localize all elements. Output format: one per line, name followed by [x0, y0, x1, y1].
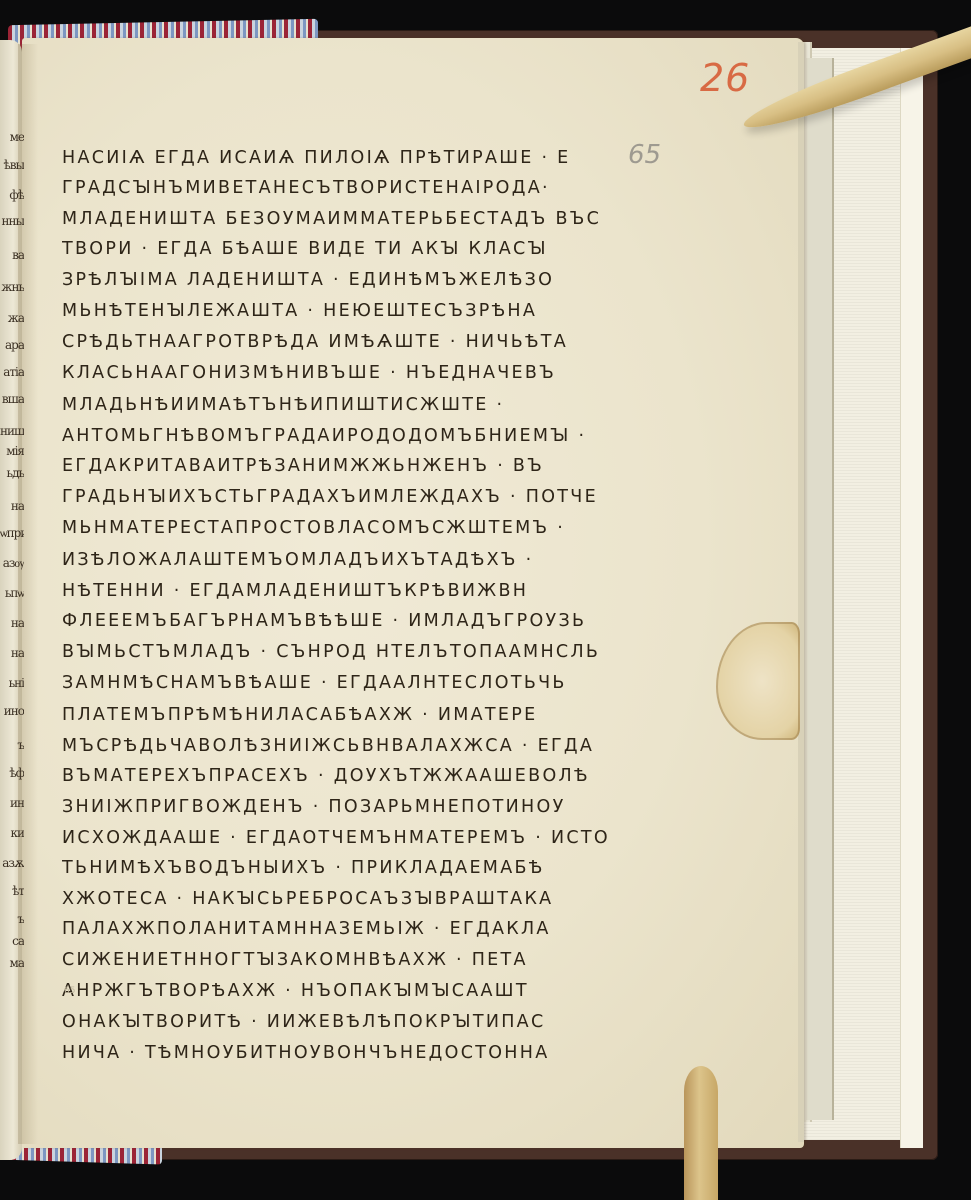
verso-fragment: нны	[0, 214, 24, 228]
text-line: въматерехъпрасехъ · доухътжжаашеволѣ	[62, 764, 622, 788]
verso-fragment: азѫ	[0, 856, 24, 870]
verso-fragment: ѣт	[0, 884, 24, 898]
verso-fragment: ма	[0, 956, 24, 970]
text-line: флееемъбагърнамъвѣѣше · имладъгроузь	[62, 609, 622, 633]
verso-fragment: ъ	[0, 912, 24, 926]
folio-number: 26	[700, 56, 750, 100]
pencil-page-number: 65	[628, 140, 661, 170]
text-line: твори · егда бѣаше виде ти акꙑ класꙑ	[62, 237, 622, 261]
verso-fragment: атіа	[0, 365, 24, 379]
verso-fragment: азѹ	[0, 556, 24, 571]
text-line: мьнматерестапростовласомъсжштемъ ·	[62, 516, 622, 540]
text-line: градсꙑнъмиветанесътвористенаірода·	[62, 176, 622, 200]
small-pencil-mark: 65	[64, 986, 75, 996]
text-line: насиіѧ егда исаиѧ пилоіѧ прѣтираше · е	[62, 146, 622, 170]
verso-fragment: жнь	[0, 280, 24, 294]
verso-fragment: ара	[0, 338, 24, 352]
text-line: замнмѣснамъвѣаше · егдаалнтеслотьчь	[62, 671, 622, 695]
verso-fragment: ниша	[0, 424, 24, 438]
verso-fragment: ин	[0, 796, 24, 810]
bamboo-pointer-bottom	[684, 1066, 718, 1200]
text-line: срѣдьтнаагротврѣда имѣѧште · ничьѣта	[62, 330, 622, 354]
verso-fragment: на	[0, 499, 24, 513]
verso-fragment: ъ	[0, 738, 24, 752]
folio-edge	[798, 42, 804, 1142]
text-line: вꙑмьстъмладъ · сънрод нтелътопаамнсль	[62, 640, 622, 664]
verso-fragment: ьпѡ	[0, 586, 24, 601]
verso-fragment: ме	[0, 130, 24, 144]
text-line: нича · тѣмноубитноувончънедостонна	[62, 1041, 622, 1065]
verso-fragment: са	[0, 934, 24, 948]
text-line: онакꙑтворитѣ · иижевѣлѣпокрꙑтипас	[62, 1010, 622, 1034]
text-line: нѣтенни · егдамладеништъкрѣвижвн	[62, 579, 622, 603]
text-line: изѣложалаштемъомладъихътадѣхъ ·	[62, 548, 622, 572]
text-line: хжотеса · накꙑсьребросаъзꙑвраштака	[62, 887, 622, 911]
text-line: градьнꙑихъстьградахъимлеждахъ · потче	[62, 485, 622, 509]
verso-fragment: ино	[0, 704, 24, 718]
verso-fragment: ьдь	[0, 466, 24, 480]
text-line: младеништа безоумаимматерьбестадъ въс	[62, 207, 622, 231]
verso-fragment: на	[0, 616, 24, 630]
text-line: зрѣлꙑіма ладеништа · единѣмъжелѣзо	[62, 268, 622, 292]
page-stack-edge	[900, 48, 923, 1148]
verso-fragment: жа	[0, 311, 24, 325]
text-line: антомьгнѣвомъградаирододомъбниемꙑ ·	[62, 424, 622, 448]
text-line: зниіжпригвожденъ · позарьмнепотиноу	[62, 795, 622, 819]
text-line: анржгътворѣахж · нъопакꙑмꙑсаашт	[62, 979, 622, 1003]
text-line: платемъпрѣмѣниласабѣахж · иматере	[62, 703, 622, 727]
text-line: сижениетнногтꙑзакомнвѣахж · пета	[62, 948, 622, 972]
text-line: младьнѣиимаѣтънѣипиштисжште ·	[62, 393, 622, 417]
text-line: класьнаагонизмѣнивъше · нъедначевъ	[62, 361, 622, 385]
leaf-edge	[806, 58, 834, 1120]
text-line: мьнѣтенꙑлежашта · неюештесъзрѣна	[62, 299, 622, 323]
verso-fragment: ва	[0, 248, 24, 262]
text-line: палахжполанитамнназемьіж · егдакла	[62, 917, 622, 941]
verso-fragment: вша	[0, 392, 24, 406]
verso-fragment: ѣвы	[0, 158, 24, 172]
text-line: мъсрѣдьчаволѣзниіжсьвнвалахжса · егда	[62, 734, 622, 758]
verso-fragment: ки	[0, 826, 24, 840]
verso-fragment: ѡпри	[0, 526, 24, 541]
text-line: исхождааше · егдаотчемънматеремъ · исто	[62, 826, 622, 850]
verso-fragment: мія	[0, 444, 24, 458]
verso-fragment: фѣ	[0, 188, 24, 202]
verso-fragment: на	[0, 646, 24, 660]
text-line: тьнимѣхъводъныихъ · прикладаемабѣ	[62, 856, 622, 880]
text-line: егдакритаваитрѣзанимжжьнженъ · въ	[62, 454, 622, 478]
verso-fragment: ьні	[0, 676, 24, 690]
verso-fragment: ѣф	[0, 766, 24, 780]
